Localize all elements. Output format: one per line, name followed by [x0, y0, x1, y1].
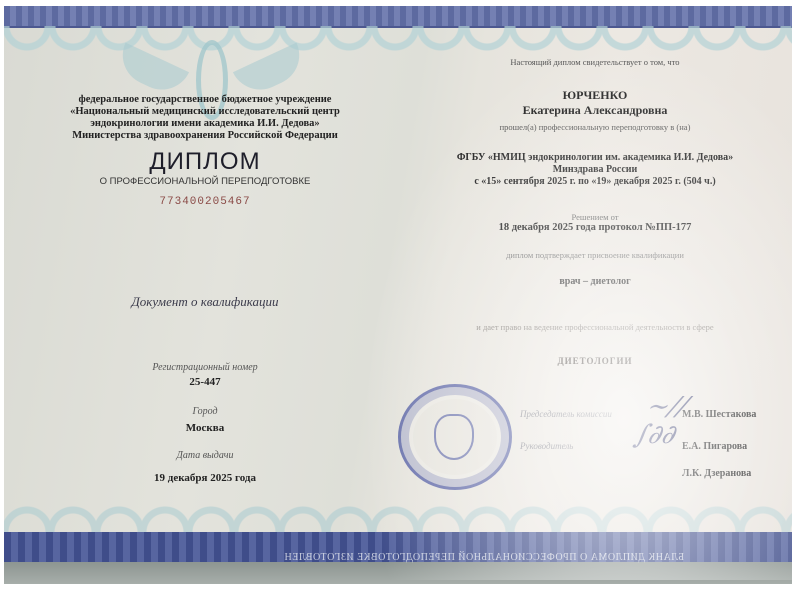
- signatory-name: М.В. Шестакова: [682, 409, 756, 420]
- institution-line: Минздрава России: [400, 164, 790, 176]
- issuer-line: федеральное государственное бюджетное уч…: [40, 94, 370, 106]
- institution-line: ФГБУ «НМИЦ эндокринологии им. академика …: [400, 152, 790, 164]
- holder-given-names: Екатерина Александровна: [400, 103, 790, 118]
- issue-date-label: Дата выдачи: [40, 450, 370, 461]
- issuer-line: «Национальный медицинский исследовательс…: [40, 106, 370, 118]
- signatory-name: Е.А. Пигарова: [682, 441, 747, 452]
- coat-of-arms-icon: [434, 414, 474, 460]
- grants-text: и дает право на ведение профессиональной…: [400, 322, 790, 332]
- issuer-block: федеральное государственное бюджетное уч…: [40, 94, 370, 142]
- issuer-line: эндокринологии имени академика И.И. Дедо…: [40, 118, 370, 130]
- document-kind: Документ о квалификации: [40, 294, 370, 310]
- top-ornament-band: [4, 6, 792, 28]
- decision-label: Решением от: [400, 212, 790, 222]
- certifies-text: Настоящий диплом свидетельствует о том, …: [400, 57, 790, 67]
- holder-surname: ЮРЧЕНКО: [400, 88, 790, 103]
- city-value: Москва: [40, 422, 370, 434]
- institution-block: ФГБУ «НМИЦ эндокринологии им. академика …: [400, 152, 790, 188]
- study-period: с «15» сентября 2025 г. по «19» декабря …: [400, 176, 790, 188]
- head-label: Руководитель: [520, 441, 573, 451]
- registration-number: 25-447: [40, 376, 370, 388]
- commission-chair-label: Председатель комиссии: [520, 409, 612, 419]
- registration-label: Регистрационный номер: [40, 362, 370, 373]
- professional-field: ДИЕТОЛОГИИ: [400, 356, 790, 366]
- issuer-line: Министерства здравоохранения Российской …: [40, 130, 370, 142]
- bottom-edge-strip: [4, 562, 792, 584]
- signatory-name: Л.К. Дзеранова: [682, 468, 751, 479]
- passed-text: прошел(а) профессиональную переподготовк…: [400, 122, 790, 132]
- bottom-band-mirrored-text: БЛАНК ДИПЛОМА О ПРОФЕССИОНАЛЬНОЙ ПЕРЕПОД…: [44, 552, 684, 563]
- confirms-text: диплом подтверждает присвоение квалифика…: [400, 250, 790, 260]
- serial-number: 773400205467: [40, 196, 370, 208]
- issue-date: 19 декабря 2025 года: [40, 472, 370, 484]
- document-subtitle: О ПРОФЕССИОНАЛЬНОЙ ПЕРЕПОДГОТОВКЕ: [40, 176, 370, 187]
- bottom-scallop-ornament: [4, 492, 792, 532]
- protocol-text: 18 декабря 2025 года протокол №ПП-177: [400, 222, 790, 233]
- qualification: врач – диетолог: [400, 276, 790, 287]
- city-label: Город: [40, 406, 370, 417]
- document-title: ДИПЛОМ: [40, 148, 370, 176]
